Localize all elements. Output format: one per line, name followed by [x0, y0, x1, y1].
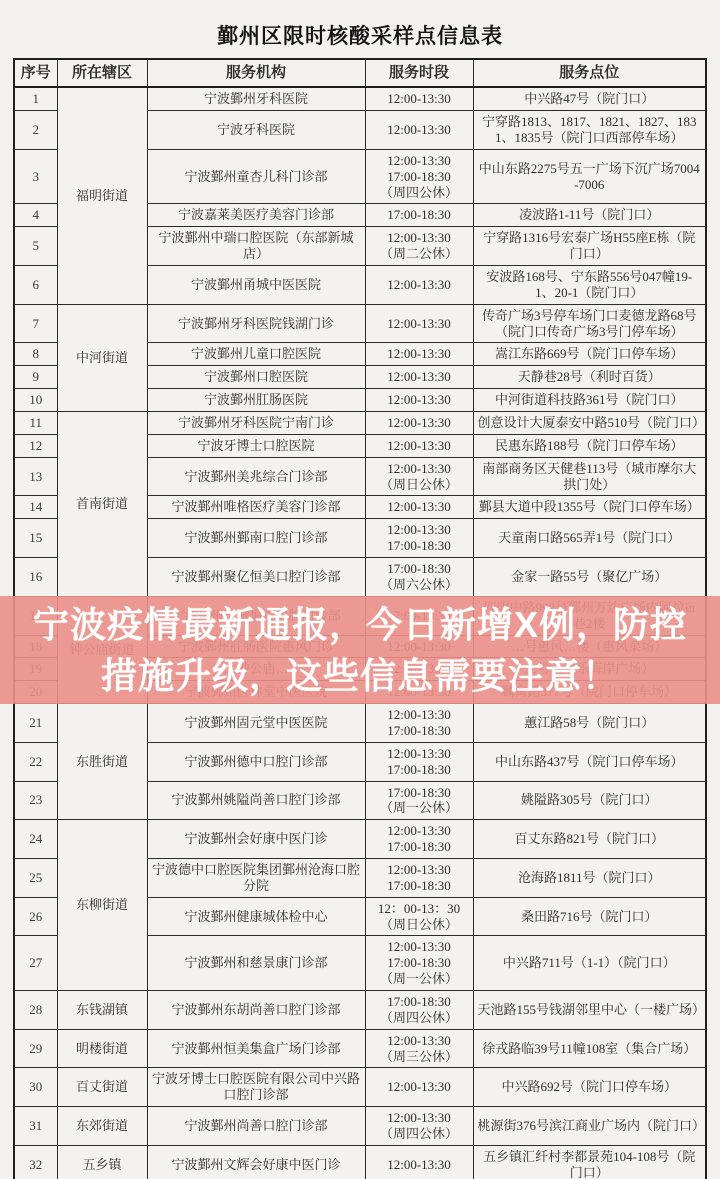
time-cell: 12:00-13:30 17:00-18:30 （周四公休）	[365, 149, 473, 204]
organization-cell: 宁波鄞州牙科医院钱湖门诊	[147, 304, 365, 343]
row-number: 31	[14, 1107, 57, 1146]
row-number: 25	[14, 858, 57, 897]
organization-cell: 宁波鄞州美兆综合门诊部	[147, 457, 365, 496]
row-number: 23	[14, 781, 57, 820]
location-cell: 创意设计大厦泰安中路510号（院门口）	[473, 412, 706, 435]
time-cell: 12:00-13:30	[365, 87, 473, 110]
organization-cell: 宁波鄞州尚善口腔门诊部	[147, 1107, 365, 1146]
row-number: 6	[14, 266, 57, 305]
time-cell: 12:00-13:30 （周四公休）	[365, 1107, 473, 1146]
time-cell: 12：00-13：30 （周日公休）	[365, 897, 473, 936]
header-time: 服务时段	[365, 59, 473, 87]
organization-cell: 宁波鄞州儿童口腔医院	[147, 343, 365, 366]
organization-cell: 宁波鄞州甬城中医医院	[147, 266, 365, 305]
organization-cell: 宁波嘉莱美医疗美容门诊部	[147, 204, 365, 227]
location-cell: 鄞县大道中段1355号（院门口停车场）	[473, 496, 706, 519]
time-cell: 12:00-13:30 17:00-18:30	[365, 704, 473, 743]
location-cell: 宁穿路1813、1817、1821、1827、1831、1835号（院门口西部停…	[473, 111, 706, 150]
district-cell: 首南街道	[57, 412, 147, 597]
row-number: 8	[14, 343, 57, 366]
location-cell: 姚隘路305号（院门口）	[473, 781, 706, 820]
row-number: 22	[14, 742, 57, 781]
district-cell: 中河街道	[57, 304, 147, 411]
organization-cell: 宁波鄞州牙科医院宁南门诊	[147, 412, 365, 435]
row-number: 11	[14, 412, 57, 435]
headline-overlay: 宁波疫情最新通报，今日新增X例，防控 措施升级，这些信息需要注意！	[0, 596, 720, 703]
header-row: 序号 所在辖区 服务机构 服务时段 服务点位	[14, 59, 706, 87]
organization-cell: 宁波鄞州聚亿恒美口腔门诊部	[147, 558, 365, 597]
organization-cell: 宁波鄞州口腔医院	[147, 366, 365, 389]
table-row: 31 东郊街道 宁波鄞州尚善口腔门诊部 12:00-13:30 （周四公休） 桃…	[14, 1107, 706, 1146]
location-cell: 金家一路55号（聚亿广场）	[473, 558, 706, 597]
location-cell: 中山东路2275号五一广场下沉广场7004-7006	[473, 149, 706, 204]
location-cell: 中兴路692号（院门口停车场）	[473, 1068, 706, 1107]
organization-cell: 宁波鄞州姚隘尚善口腔门诊部	[147, 781, 365, 820]
location-cell: 中河街道科技路361号（院门口）	[473, 389, 706, 412]
location-cell: 中兴路711号（1-1）（院门口）	[473, 936, 706, 991]
district-cell: 福明街道	[57, 87, 147, 304]
location-cell: 沧海路1811号（院门口）	[473, 858, 706, 897]
table-row: 24 东柳街道 宁波鄞州会好康中医门诊 12:00-13:30 17:00-18…	[14, 820, 706, 859]
time-cell: 12:00-13:30 17:00-18:30	[365, 858, 473, 897]
page-title: 鄞州区限时核酸采样点信息表	[0, 0, 720, 50]
row-number: 1	[14, 87, 57, 110]
location-cell: 安波路168号、宁东路556号047幢19-1、20-1（院门口）	[473, 266, 706, 305]
district-cell: 东柳街道	[57, 820, 147, 991]
row-number: 2	[14, 111, 57, 150]
row-number: 13	[14, 457, 57, 496]
row-number: 10	[14, 389, 57, 412]
row-number: 7	[14, 304, 57, 343]
location-cell: 民惠东路188号（院门口停车场）	[473, 434, 706, 457]
location-cell: 中山东路437号（院门口停车场）	[473, 742, 706, 781]
time-cell: 17:00-18:30 （周四公休）	[365, 990, 473, 1029]
time-cell: 12:00-13:30 17:00-18:30	[365, 519, 473, 558]
time-cell: 17:00-18:30 （周六公休）	[365, 558, 473, 597]
time-cell: 17:00-18:30 （周一公休）	[365, 781, 473, 820]
organization-cell: 宁波鄞州恒美集盒广场门诊部	[147, 1029, 365, 1068]
location-cell: 百丈东路821号（院门口）	[473, 820, 706, 859]
time-cell: 12:00-13:30	[365, 1145, 473, 1179]
time-cell: 12:00-13:30 17:00-18:30	[365, 820, 473, 859]
header-organization: 服务机构	[147, 59, 365, 87]
organization-cell: 宁波鄞州会好康中医门诊	[147, 820, 365, 859]
organization-cell: 宁波鄞州唯格医疗美容门诊部	[147, 496, 365, 519]
time-cell: 12:00-13:30	[365, 343, 473, 366]
time-cell: 12:00-13:30 17:00-18:30	[365, 742, 473, 781]
time-cell: 12:00-13:30	[365, 1068, 473, 1107]
row-number: 15	[14, 519, 57, 558]
time-cell: 12:00-13:30	[365, 266, 473, 305]
row-number: 28	[14, 990, 57, 1029]
table-row: 30 百丈街道 宁波牙博士口腔医院有限公司中兴路口腔门诊部 12:00-13:3…	[14, 1068, 706, 1107]
organization-cell: 宁波鄞州固元堂中医医院	[147, 704, 365, 743]
time-cell: 12:00-13:30 （周日公休）	[365, 457, 473, 496]
location-cell: 蕙江路58号（院门口）	[473, 704, 706, 743]
row-number: 14	[14, 496, 57, 519]
location-cell: 桃源街376号滨江商业广场内（院门口）	[473, 1107, 706, 1146]
district-cell: 百丈街道	[57, 1068, 147, 1107]
district-cell: 东钱湖镇	[57, 990, 147, 1029]
district-cell: 明楼街道	[57, 1029, 147, 1068]
time-cell: 12:00-13:30	[365, 366, 473, 389]
location-cell: 宁穿路1316号宏泰广场H55座E栋（院门口）	[473, 227, 706, 266]
organization-cell: 宁波鄞州健康城体检中心	[147, 897, 365, 936]
time-cell: 12:00-13:30	[365, 496, 473, 519]
row-number: 4	[14, 204, 57, 227]
organization-cell: 宁波鄞州肛肠医院	[147, 389, 365, 412]
row-number: 26	[14, 897, 57, 936]
row-number: 3	[14, 149, 57, 204]
row-number: 9	[14, 366, 57, 389]
row-number: 16	[14, 558, 57, 597]
location-cell: 传奇广场3号停车场门口麦德龙路68号（院门口传奇广场3号门停车场）	[473, 304, 706, 343]
organization-cell: 宁波鄞州牙科医院	[147, 87, 365, 110]
time-cell: 12:00-13:30	[365, 304, 473, 343]
location-cell: 凌波路1-11号（院门口）	[473, 204, 706, 227]
location-cell: 天童南口路565弄1号（院门口）	[473, 519, 706, 558]
table-row: 29 明楼街道 宁波鄞州恒美集盒广场门诊部 12:00-13:30 （周三公休）…	[14, 1029, 706, 1068]
row-number: 27	[14, 936, 57, 991]
location-cell: 天静巷28号（利时百货）	[473, 366, 706, 389]
table-row: 7 中河街道 宁波鄞州牙科医院钱湖门诊 12:00-13:30 传奇广场3号停车…	[14, 304, 706, 343]
row-number: 30	[14, 1068, 57, 1107]
organization-cell: 宁波鄞州鄞南口腔门诊部	[147, 519, 365, 558]
organization-cell: 宁波牙博士口腔医院有限公司中兴路口腔门诊部	[147, 1068, 365, 1107]
table-row: 28 东钱湖镇 宁波鄞州东胡尚善口腔门诊部 17:00-18:30 （周四公休）…	[14, 990, 706, 1029]
district-cell: 东胜街道	[57, 704, 147, 820]
location-cell: 桑田路716号（院门口）	[473, 897, 706, 936]
organization-cell: 宁波鄞州东胡尚善口腔门诊部	[147, 990, 365, 1029]
location-cell: 五乡镇汇纤村李都景苑104-108号（院门口）	[473, 1145, 706, 1179]
time-cell: 17:00-18:30	[365, 204, 473, 227]
table-row: 11 首南街道 宁波鄞州牙科医院宁南门诊 12:00-13:30 创意设计大厦泰…	[14, 412, 706, 435]
location-cell: 南部商务区天健巷113号（城市摩尔大拱门处）	[473, 457, 706, 496]
row-number: 32	[14, 1145, 57, 1179]
organization-cell: 宁波鄞州童杏儿科门诊部	[147, 149, 365, 204]
headline-line-1: 宁波疫情最新通报，今日新增X例，防控	[33, 599, 687, 650]
district-cell: 五乡镇	[57, 1145, 147, 1179]
location-cell: 中兴路47号（院门口）	[473, 87, 706, 110]
headline-line-2: 措施升级，这些信息需要注意！	[101, 650, 619, 701]
organization-cell: 宁波牙科医院	[147, 111, 365, 150]
district-cell: 东郊街道	[57, 1107, 147, 1146]
table-row: 21 东胜街道 宁波鄞州固元堂中医医院 12:00-13:30 17:00-18…	[14, 704, 706, 743]
row-number: 24	[14, 820, 57, 859]
time-cell: 12:00-13:30 （周三公休）	[365, 1029, 473, 1068]
location-cell: 徐戎路临39号11幢108室（集合广场）	[473, 1029, 706, 1068]
time-cell: 12:00-13:30	[365, 434, 473, 457]
row-number: 5	[14, 227, 57, 266]
header-location: 服务点位	[473, 59, 706, 87]
organization-cell: 宁波鄞州德中口腔门诊部	[147, 742, 365, 781]
location-cell: 嵩江东路669号（院门口停车场）	[473, 343, 706, 366]
organization-cell: 宁波鄞州中瑞口腔医院（东部新城店）	[147, 227, 365, 266]
time-cell: 12:00-13:30	[365, 389, 473, 412]
table-row: 32 五乡镇 宁波鄞州文辉会好康中医门诊 12:00-13:30 五乡镇汇纤村李…	[14, 1145, 706, 1179]
header-seq: 序号	[14, 59, 57, 87]
row-number: 21	[14, 704, 57, 743]
row-number: 29	[14, 1029, 57, 1068]
table-row: 1 福明街道 宁波鄞州牙科医院 12:00-13:30 中兴路47号（院门口）	[14, 87, 706, 110]
organization-cell: 宁波鄞州和慈景康门诊部	[147, 936, 365, 991]
organization-cell: 宁波德中口腔医院集团鄞州沧海口腔分院	[147, 858, 365, 897]
header-district: 所在辖区	[57, 59, 147, 87]
time-cell: 12:00-13:30 17:00-18:30 （周一公休）	[365, 936, 473, 991]
time-cell: 12:00-13:30	[365, 111, 473, 150]
time-cell: 12:00-13:30	[365, 412, 473, 435]
row-number: 12	[14, 434, 57, 457]
organization-cell: 宁波牙博士口腔医院	[147, 434, 365, 457]
table-header: 序号 所在辖区 服务机构 服务时段 服务点位	[14, 59, 706, 87]
location-cell: 天池路155号钱湖邻里中心（一楼广场）	[473, 990, 706, 1029]
time-cell: 12:00-13:30 （周二公休）	[365, 227, 473, 266]
organization-cell: 宁波鄞州文辉会好康中医门诊	[147, 1145, 365, 1179]
